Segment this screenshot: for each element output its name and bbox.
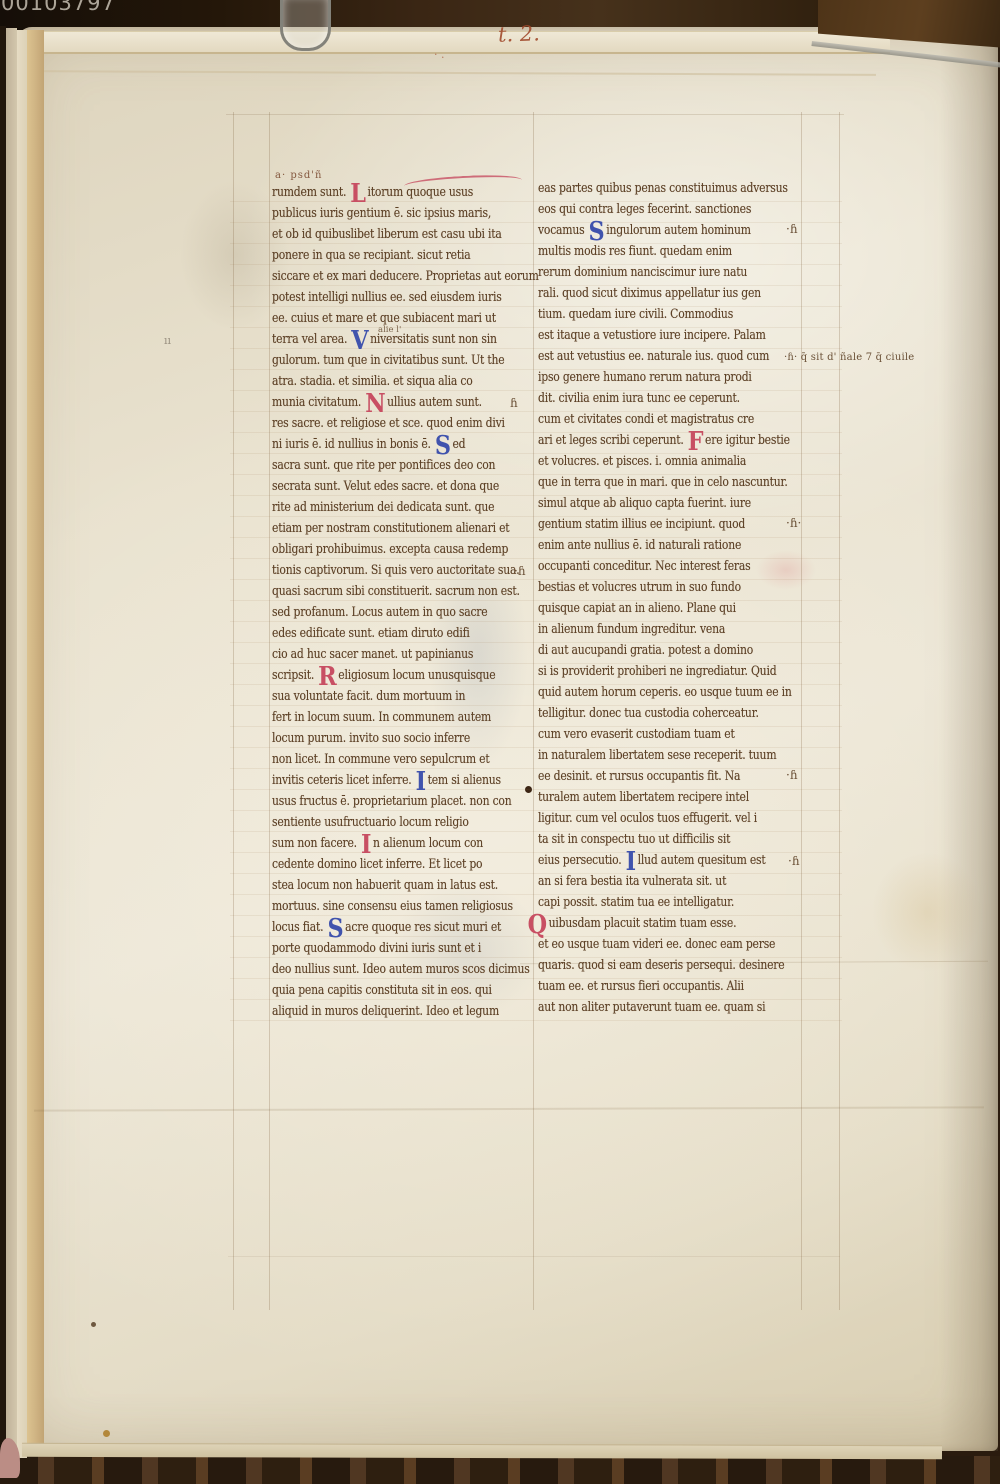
text-segment: quasi sacrum sibi constituerit. sacrum n…: [272, 583, 520, 598]
text-line: que in terra que in mari. que in celo na…: [538, 474, 770, 495]
top-leaf-edge: [22, 31, 890, 54]
text-segment: sacra sunt. que rite per pontifices deo …: [272, 457, 495, 472]
text-segment: tionis captivorum. Si quis vero auctorit…: [272, 562, 520, 577]
text-line: ipso genere humano rerum natura prodi: [538, 369, 770, 390]
text-line: edes edificate sunt. etiam diruto edifi: [272, 625, 504, 646]
text-segment: tem si alienus: [428, 772, 501, 787]
text-segment: terra vel area.: [272, 331, 350, 346]
text-line: non licet. In commune vero sepulcrum et: [272, 751, 504, 772]
text-line: sacra sunt. que rite per pontifices deo …: [272, 457, 504, 478]
text-line: rite ad ministerium dei dedicata sunt. q…: [272, 499, 504, 520]
text-segment: rite ad ministerium dei dedicata sunt. q…: [272, 499, 494, 514]
text-line: in alienum fundum ingreditur. vena: [538, 621, 770, 642]
margin-gloss: alie l': [378, 325, 401, 335]
manuscript-photo: 00103797 t. 2. · . a· psd'ñ ıı rumdem su…: [0, 0, 1000, 1484]
text-segment: an si fera bestia ita vulnerata sit. ut: [538, 873, 726, 888]
leaf-edge-3: [27, 30, 44, 1456]
text-segment: n alienum locum con: [373, 835, 483, 850]
text-segment: usus fructus ē. proprietarium placet. no…: [272, 793, 511, 808]
text-line: Quibusdam placuit statim tuam esse.: [538, 915, 770, 936]
text-line: usus fructus ē. proprietarium placet. no…: [272, 793, 504, 814]
text-segment: ipso genere humano rerum natura prodi: [538, 369, 752, 384]
text-segment: rumdem sunt.: [272, 184, 349, 199]
page-clamp: [280, 0, 331, 51]
text-line: tium. quedam iure civili. Commodius: [538, 306, 770, 327]
text-line: et eo usque tuam videri ee. donec eam pe…: [538, 936, 770, 957]
text-line: eas partes quibus penas constituimus adv…: [538, 180, 770, 201]
text-segment: non licet. In commune vero sepulcrum et: [272, 751, 489, 766]
text-segment: et eo usque tuam videri ee. donec eam pe…: [538, 936, 775, 951]
corner-gloss: a· psd'ñ: [275, 170, 322, 181]
text-line: turalem autem libertatem recipere intel: [538, 789, 770, 810]
text-segment: enim ante nullius ē. id naturali ratione: [538, 537, 741, 552]
text-line: ta sit in conspectu tuo ut difficilis si…: [538, 831, 770, 852]
text-segment: ee desinit. et rursus occupantis fit. Na: [538, 768, 740, 783]
page-right-shade: [940, 27, 998, 1451]
text-segment: cum vero evaserit custodiam tuam et: [538, 726, 735, 741]
text-segment: itorum quoque usus: [368, 184, 474, 199]
text-segment: locum purum. invito suo socio inferre: [272, 730, 470, 745]
text-segment: secrata sunt. Velut edes sacre. et dona …: [272, 478, 499, 493]
text-segment: sed profanum. Locus autem in quo sacre: [272, 604, 487, 619]
text-segment: tium. quedam iure civili. Commodius: [538, 306, 733, 321]
text-line: simul atque ab aliquo capta fuerint. iur…: [538, 495, 770, 516]
pencil-mark: ıı: [164, 334, 171, 347]
text-line: et volucres. et pisces. i. omnia animali…: [538, 453, 770, 474]
paraph-mark: ·ɦ: [788, 854, 800, 868]
margin-note: ·ɦ· q̄ sit d' ñale 7 q̄ ciuile: [784, 352, 914, 363]
text-line: sum non facere. In alienum locum con: [272, 835, 504, 856]
text-segment: locus fiat.: [272, 919, 327, 934]
text-line: stea locum non habuerit quam in latus es…: [272, 877, 504, 898]
wormhole-2: [91, 1322, 96, 1327]
text-segment: quid autem horum ceperis. eo usque tuum …: [538, 684, 792, 699]
text-segment: gentium statim illius ee incipiunt. quod: [538, 516, 745, 531]
text-segment: ed: [452, 436, 465, 451]
text-segment: sum non facere.: [272, 835, 360, 850]
text-segment: telligitur. donec tua custodia coherceat…: [538, 705, 759, 720]
text-segment: aliquid in muros deliquerint. Ideo et le…: [272, 1003, 499, 1018]
text-segment: in naturalem libertatem sese receperit. …: [538, 747, 776, 762]
text-segment: cedente domino licet inferre. Et licet p…: [272, 856, 482, 871]
text-line: secrata sunt. Velut edes sacre. et dona …: [272, 478, 504, 499]
text-line: gulorum. tum que in civitatibus sunt. Ut…: [272, 352, 504, 373]
text-line: eos qui contra leges fecerint. sanctione…: [538, 201, 770, 222]
text-line: porte quodammodo divini iuris sunt et i: [272, 940, 504, 961]
text-line: aliquid in muros deliquerint. Ideo et le…: [272, 1003, 504, 1024]
text-segment: dit. civilia enim iura tunc ee ceperunt.: [538, 390, 740, 405]
text-segment: uibusdam placuit statim tuam esse.: [549, 915, 737, 930]
folio-dots: · .: [434, 48, 445, 61]
text-line: invitis ceteris licet inferre. Item si a…: [272, 772, 504, 793]
text-segment: et ob id quibuslibet liberum est casu ub…: [272, 226, 502, 241]
paraph-mark: ·ɦ: [786, 768, 798, 782]
text-segment: di aut aucupandi gratia. potest a domino: [538, 642, 753, 657]
text-line: dit. civilia enim iura tunc ee ceperunt.: [538, 390, 770, 411]
text-segment: eius persecutio.: [538, 852, 625, 867]
text-line: est aut vetustius ee. naturale ius. quod…: [538, 348, 770, 369]
text-segment: gulorum. tum que in civitatibus sunt. Ut…: [272, 352, 504, 367]
bottom-leaf-edge: [22, 1443, 942, 1459]
text-line: cum vero evaserit custodiam tuam et: [538, 726, 770, 747]
text-line: tuam ee. et rursus fieri occupantis. Ali…: [538, 978, 770, 999]
text-line: obligari prohibuimus. excepta causa rede…: [272, 541, 504, 562]
text-segment: turalem autem libertatem recipere intel: [538, 789, 749, 804]
text-line: quisque capiat an in alieno. Plane qui: [538, 600, 770, 621]
text-segment: potest intelligi nullius ee. sed eiusdem…: [272, 289, 502, 304]
text-line: potest intelligi nullius ee. sed eiusdem…: [272, 289, 504, 310]
text-segment: ari et leges scribi ceperunt.: [538, 432, 687, 447]
text-segment: multis modis res fiunt. quedam enim: [538, 243, 732, 258]
text-segment: est itaque a vetustiore iure incipere. P…: [538, 327, 766, 342]
text-line: scripsit. Religiosum locum unusquisque: [272, 667, 504, 688]
text-line: in naturalem libertatem sese receperit. …: [538, 747, 770, 768]
crease-top: [226, 114, 844, 115]
text-line: et ob id quibuslibet liberum est casu ub…: [272, 226, 504, 247]
text-line: eius persecutio. Illud autem quesitum es…: [538, 852, 770, 873]
text-line: vocamus Singulorum autem hominum: [538, 222, 770, 243]
text-line: ari et leges scribi ceperunt. Fere igitu…: [538, 432, 770, 453]
paraph-mark: ɦ: [510, 396, 518, 410]
text-line: sua voluntate facit. dum mortuum in: [272, 688, 504, 709]
stain-tan: [872, 852, 982, 972]
wormhole-3: [103, 1430, 110, 1437]
text-line: capi possit. statim tua ee intelligatur.: [538, 894, 770, 915]
leaf-edge-1: [6, 28, 17, 1458]
text-line: multis modis res fiunt. quedam enim: [538, 243, 770, 264]
text-segment: invitis ceteris licet inferre.: [272, 772, 415, 787]
text-line: rerum dominium nanciscimur iure natu: [538, 264, 770, 285]
text-segment: acre quoque res sicut muri et: [345, 919, 501, 934]
text-line: mortuus. sine consensu eius tamen religi…: [272, 898, 504, 919]
text-segment: deo nullius sunt. Ideo autem muros scos …: [272, 961, 530, 976]
text-segment: rali. quod sicut diximus appellatur ius …: [538, 285, 761, 300]
text-segment: tuam ee. et rursus fieri occupantis. Ali…: [538, 978, 744, 993]
text-line: gentium statim illius ee incipiunt. quod: [538, 516, 770, 537]
text-segment: eas partes quibus penas constituimus adv…: [538, 180, 788, 195]
paraph-mark: ·ɦ: [514, 564, 526, 578]
text-segment: munia civitatum.: [272, 394, 364, 409]
text-line: etiam per nostram constitutionem alienar…: [272, 520, 504, 541]
text-segment: res sacre. et religiose et sce. quod eni…: [272, 415, 505, 430]
text-column-left: rumdem sunt. Litorum quoque ususpublicus…: [272, 184, 542, 1024]
text-segment: ee. cuius et mare et que subiacent mari …: [272, 310, 496, 325]
text-line: di aut aucupandi gratia. potest a domino: [538, 642, 770, 663]
text-line: res sacre. et religiose et sce. quod eni…: [272, 415, 504, 436]
text-segment: ere igitur bestie: [705, 432, 790, 447]
text-segment: simul atque ab aliquo capta fuerint. iur…: [538, 495, 751, 510]
text-segment: si is providerit prohiberi ne ingrediatu…: [538, 663, 776, 678]
text-line: occupanti conceditur. Nec interest feras: [538, 558, 770, 579]
text-line: cum et civitates condi et magistratus cr…: [538, 411, 770, 432]
text-line: ni iuris ē. id nullius in bonis ē. Sed: [272, 436, 504, 457]
text-line: telligitur. donec tua custodia coherceat…: [538, 705, 770, 726]
text-line: cio ad huc sacer manet. ut papinianus: [272, 646, 504, 667]
text-segment: in alienum fundum ingreditur. vena: [538, 621, 725, 636]
text-segment: quaris. quod si eam deseris persequi. de…: [538, 957, 784, 972]
text-line: sed profanum. Locus autem in quo sacre: [272, 604, 504, 625]
folio-number: t. 2.: [498, 21, 541, 46]
text-segment: obligari prohibuimus. excepta causa rede…: [272, 541, 508, 556]
text-column-right: eas partes quibus penas constituimus adv…: [538, 180, 808, 1020]
text-line: ee desinit. et rursus occupantis fit. Na: [538, 768, 770, 789]
text-line: rumdem sunt. Litorum quoque usus: [272, 184, 504, 205]
text-segment: siccare et ex mari deducere. Proprietas …: [272, 268, 539, 283]
text-line: quasi sacrum sibi constituerit. sacrum n…: [272, 583, 504, 604]
text-line: atra. stadia. et similia. et siqua alia …: [272, 373, 504, 394]
text-segment: bestias et volucres utrum in suo fundo: [538, 579, 741, 594]
paraph-mark: ·ɦ: [786, 222, 798, 236]
crease-faint: [228, 1256, 840, 1257]
text-segment: capi possit. statim tua ee intelligatur.: [538, 894, 734, 909]
text-line: quaris. quod si eam deseris persequi. de…: [538, 957, 770, 978]
text-segment: edes edificate sunt. etiam diruto edifi: [272, 625, 470, 640]
text-line: munia civitatum. Nullius autem sunt.: [272, 394, 504, 415]
text-segment: occupanti conceditur. Nec interest feras: [538, 558, 750, 573]
text-segment: stea locum non habuerit quam in latus es…: [272, 877, 498, 892]
text-line: tionis captivorum. Si quis vero auctorit…: [272, 562, 504, 583]
text-segment: sua voluntate facit. dum mortuum in: [272, 688, 465, 703]
text-line: rali. quod sicut diximus appellatur ius …: [538, 285, 770, 306]
text-segment: scripsit.: [272, 667, 317, 682]
text-segment: fert in locum suum. In communem autem: [272, 709, 491, 724]
text-segment: rerum dominium nanciscimur iure natu: [538, 264, 747, 279]
text-segment: aut non aliter putaverunt tuam ee. quam …: [538, 999, 765, 1014]
text-line: bestias et volucres utrum in suo fundo: [538, 579, 770, 600]
text-line: fert in locum suum. In communem autem: [272, 709, 504, 730]
text-segment: quisque capiat an in alieno. Plane qui: [538, 600, 736, 615]
text-segment: est aut vetustius ee. naturale ius. quod…: [538, 348, 769, 363]
text-segment: eligiosum locum unusquisque: [338, 667, 495, 682]
text-line: aut non aliter putaverunt tuam ee. quam …: [538, 999, 770, 1020]
text-line: cedente domino licet inferre. Et licet p…: [272, 856, 504, 877]
text-segment: llud autem quesitum est: [638, 852, 766, 867]
text-segment: publicus iuris gentium ē. sic ipsius mar…: [272, 205, 491, 220]
text-segment: mortuus. sine consensu eius tamen religi…: [272, 898, 513, 913]
text-segment: eos qui contra leges fecerint. sanctione…: [538, 201, 751, 216]
text-line: est itaque a vetustiore iure incipere. P…: [538, 327, 770, 348]
text-segment: etiam per nostram constitutionem alienar…: [272, 520, 509, 535]
text-segment: ullius autem sunt.: [387, 394, 482, 409]
digitization-id-stamp: 00103797: [1, 0, 116, 15]
text-line: locum purum. invito suo socio inferre: [272, 730, 504, 751]
text-line: siccare et ex mari deducere. Proprietas …: [272, 268, 504, 289]
paraph-mark: ·ɦ·: [786, 516, 801, 530]
text-line: quia pena capitis constituta sit in eos.…: [272, 982, 504, 1003]
text-segment: que in terra que in mari. que in celo na…: [538, 474, 788, 489]
text-line: enim ante nullius ē. id naturali ratione: [538, 537, 770, 558]
text-segment: ponere in qua se recipiant. sicut retia: [272, 247, 470, 262]
text-line: sentiente usufructuario locum religio: [272, 814, 504, 835]
text-line: quid autem horum ceperis. eo usque tuum …: [538, 684, 770, 705]
text-segment: porte quodammodo divini iuris sunt et i: [272, 940, 481, 955]
text-line: locus fiat. Sacre quoque res sicut muri …: [272, 919, 504, 940]
text-line: ligitur. cum vel oculos tuos effugerit. …: [538, 810, 770, 831]
text-line: an si fera bestia ita vulnerata sit. ut: [538, 873, 770, 894]
text-segment: cio ad huc sacer manet. ut papinianus: [272, 646, 473, 661]
text-line: deo nullius sunt. Ideo autem muros scos …: [272, 961, 504, 982]
text-segment: ligitur. cum vel oculos tuos effugerit. …: [538, 810, 757, 825]
text-segment: cum et civitates condi et magistratus cr…: [538, 411, 754, 426]
text-segment: et volucres. et pisces. i. omnia animali…: [538, 453, 746, 468]
text-segment: ingulorum autem hominum: [606, 222, 751, 237]
leaf-edge-2: [17, 30, 27, 1458]
text-line: si is providerit prohiberi ne ingrediatu…: [538, 663, 770, 684]
book-edge-band-bottom: [0, 1456, 1000, 1484]
text-segment: ta sit in conspectu tuo ut difficilis si…: [538, 831, 730, 846]
text-segment: ni iuris ē. id nullius in bonis ē.: [272, 436, 434, 451]
text-segment: quia pena capitis constituta sit in eos.…: [272, 982, 492, 997]
text-segment: atra. stadia. et similia. et siqua alia …: [272, 373, 473, 388]
text-segment: sentiente usufructuario locum religio: [272, 814, 469, 829]
text-line: ponere in qua se recipiant. sicut retia: [272, 247, 504, 268]
text-line: publicus iuris gentium ē. sic ipsius mar…: [272, 205, 504, 226]
text-segment: vocamus: [538, 222, 588, 237]
